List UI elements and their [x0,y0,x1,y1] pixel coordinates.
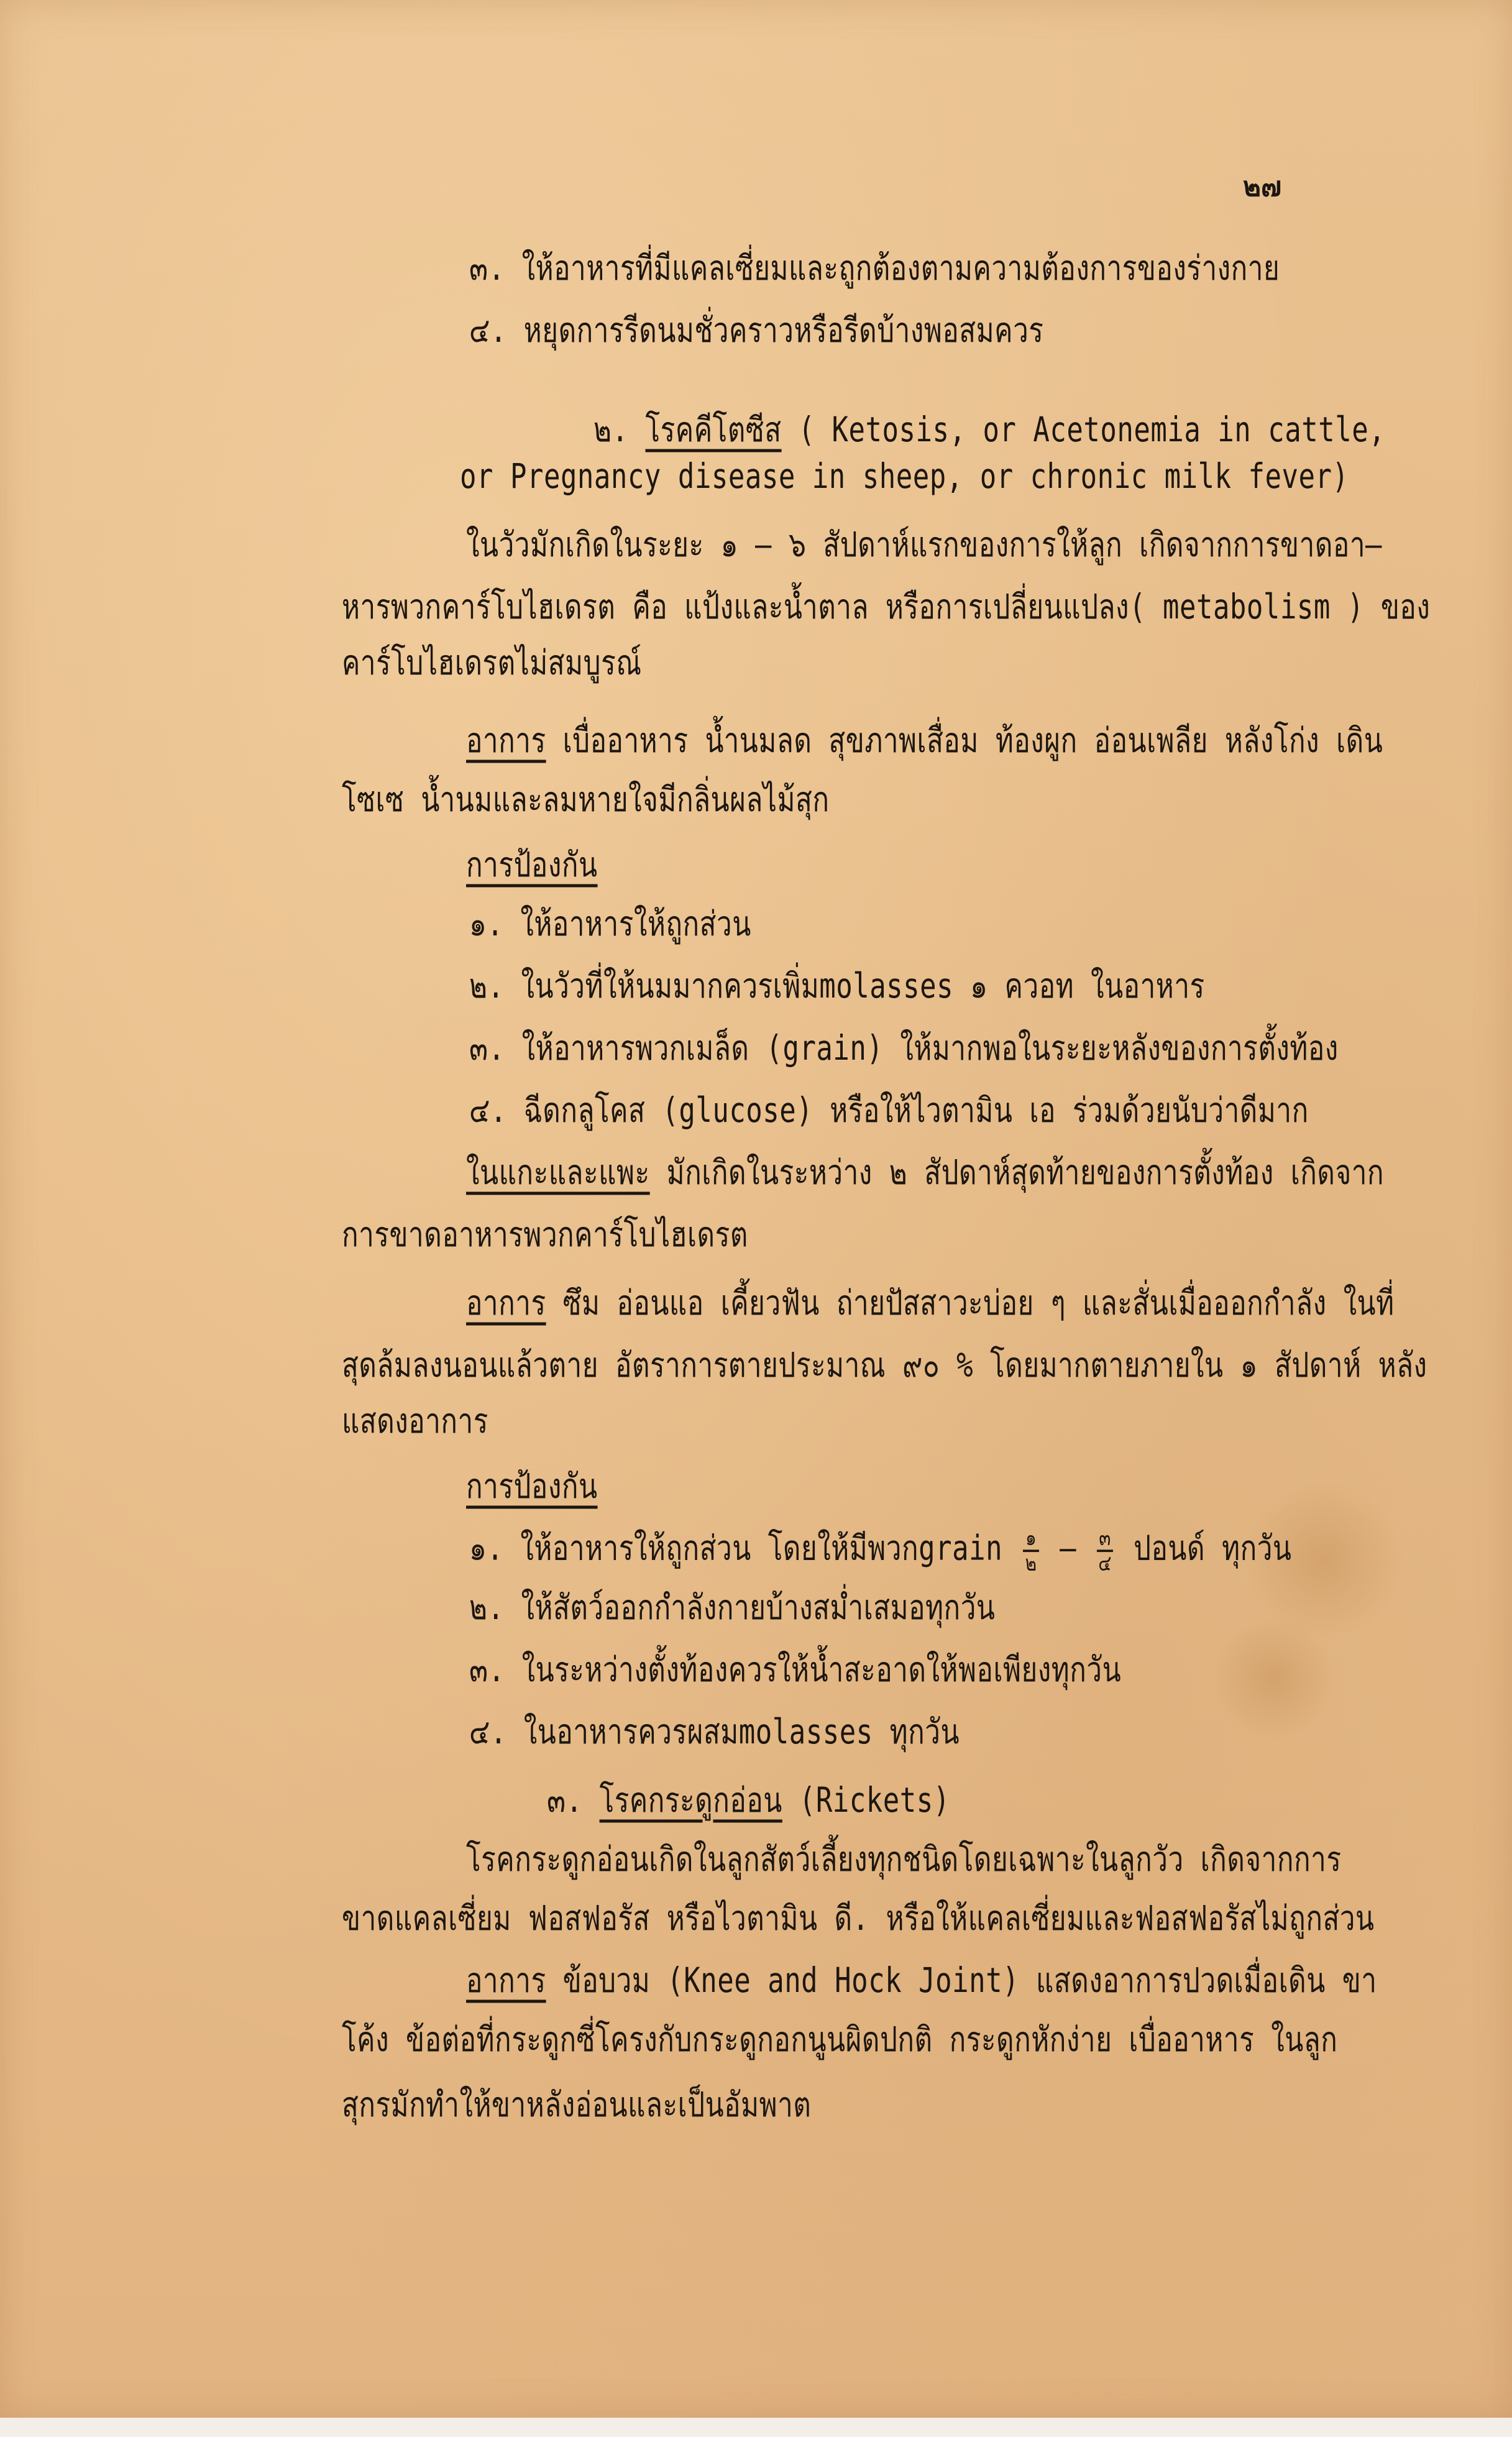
paragraph-line: หารพวกคาร์โบไฮเดรต คือ แป้งและน้ำตาล หรื… [342,584,1430,631]
list-number: ๔. [469,1712,507,1752]
fraction-denominator: ๔ [1098,1553,1112,1574]
symptoms-text: ข้อบวม (Knee and Hock Joint) แสดงอาการปว… [563,1961,1377,2001]
list-number: ๓. [469,1029,505,1068]
fraction-one-half: ๑ ๒ [1023,1528,1039,1574]
symptoms-line: อาการ เบื่ออาหาร น้ำนมลด สุขภาพเสื่อม ท้… [466,718,1383,764]
list-number: ๒. [469,966,505,1006]
paragraph-line: ในวัวมักเกิดในระยะ ๑ – ๖ สัปดาห์แรกของกา… [466,522,1382,569]
symptoms-line: อาการ ข้อบวม (Knee and Hock Joint) แสดงอ… [466,1958,1377,2004]
list-item: ๔. ในอาหารควรผสมmolasses ทุกวัน [469,1709,960,1756]
list-item: ๒. ให้สัตว์ออกกำลังกายบ้างสม่ำเสมอทุกวัน [469,1585,995,1632]
list-item: ๑. ให้อาหารให้ถูกส่วน [469,901,751,948]
list-item: ๓. ให้อาหารพวกเมล็ด (grain) ให้มากพอในระ… [469,1026,1339,1072]
section-heading: ๓. โรคกระดูกอ่อน (Rickets) [547,1778,950,1824]
section-title-continuation: or Pregnancy disease in sheep, or chroni… [460,454,1349,500]
section-title-english: (Rickets) [799,1781,950,1820]
range-dash: – [1060,1529,1076,1569]
list-text: ให้อาหารให้ถูกส่วน [520,904,751,944]
section-title-english: ( Ketosis, or Acetonemia in cattle, [799,410,1386,450]
paragraph-line: โค้ง ข้อต่อที่กระดูกซี่โครงกับกระดูกอกนู… [342,2017,1337,2063]
fraction-three-quarters: ๓ ๔ [1097,1528,1113,1574]
paragraph-line: ขาดแคลเซี่ยม ฟอสฟอรัส หรือไวตามิน ดี. หร… [342,1896,1375,1942]
paragraph-line: คาร์โบไฮเดรตไม่สมบูรณ์ [342,640,642,687]
list-text: ปอนด์ ทุกวัน [1134,1529,1291,1569]
paragraph-line: สุกรมักทำให้ขาหลังอ่อนและเป็นอัมพาต [342,2082,811,2129]
list-item: ๔. ฉีดกลูโคส (glucose) หรือให้ไวตามิน เอ… [469,1088,1309,1134]
list-text: ในระหว่างตั้งท้องควรให้น้ำสะอาดให้พอเพีย… [522,1650,1122,1690]
page-number: ๒๗ [1243,165,1281,208]
list-text: ฉีดกลูโคส (glucose) หรือให้ไวตามิน เอ ร่… [524,1091,1309,1131]
section-heading: ๒. โรคคีโตซีส ( Ketosis, or Acetonemia i… [593,407,1385,454]
list-text: ให้อาหารพวกเมล็ด (grain) ให้มากพอในระยะห… [522,1029,1339,1068]
list-item: ๒. ในวัวที่ให้นมมากควรเพิ่มmolasses ๑ คว… [469,963,1205,1010]
section-title: โรคคีโตซีส [646,410,782,450]
paragraph-line: การขาดอาหารพวกคาร์โบไฮเดรต [342,1212,748,1259]
paragraph-line: โรคกระดูกอ่อนเกิดในลูกสัตว์เลี้ยงทุกชนิด… [466,1837,1342,1883]
sheep-label: ในแกะและแพะ [466,1153,650,1193]
symptoms-label: อาการ [466,1283,546,1323]
list-number: ๓. [469,249,505,288]
paragraph-line: สุดล้มลงนอนแล้วตาย อัตราการตายประมาณ ๙๐ … [342,1342,1427,1389]
paper-stain [1212,1616,1336,1740]
symptoms-text: เบื่ออาหาร น้ำนมลด สุขภาพเสื่อม ท้องผูก … [563,721,1383,761]
list-item: ๔. หยุดการรีดนมชั่วคราวหรือรีดบ้างพอสมคว… [469,308,1043,354]
list-item: ๑. ให้อาหารให้ถูกส่วน โดยให้มีพวกgrain ๑… [469,1526,1292,1574]
prevention-heading: การป้องกัน [466,842,598,889]
list-text: หยุดการรีดนมชั่วคราวหรือรีดบ้างพอสมควร [524,311,1044,351]
fraction-numerator: ๑ [1025,1528,1037,1548]
list-text: ให้อาหารให้ถูกส่วน โดยให้มีพวกgrain [520,1529,1002,1569]
list-item: ๓. ในระหว่างตั้งท้องควรให้น้ำสะอาดให้พอเ… [469,1647,1121,1694]
symptoms-label: อาการ [466,721,546,761]
list-text: ให้สัตว์ออกกำลังกายบ้างสม่ำเสมอทุกวัน [521,1588,996,1628]
scan-margin [0,2418,1512,2437]
symptoms-label: อาการ [466,1961,546,2001]
symptoms-line: อาการ ซึม อ่อนแอ เคี้ยวฟัน ถ่ายปัสสาวะบ่… [466,1280,1395,1327]
paragraph-line: แสดงอาการ [342,1398,488,1445]
list-text: ในวัวที่ให้นมมากควรเพิ่มmolasses ๑ ควอท … [521,966,1205,1006]
list-text: ให้อาหารที่มีแคลเซี่ยมและถูกต้องตามความต… [522,249,1280,288]
sheep-paragraph: ในแกะและแพะ มักเกิดในระหว่าง ๒ สัปดาห์สุ… [466,1150,1384,1196]
section-number: ๓. [547,1781,583,1820]
list-number: ๓. [469,1650,505,1690]
section-title: โรคกระดูกอ่อน [600,1781,782,1820]
prevention-heading: การป้องกัน [466,1464,598,1510]
list-number: ๔. [469,311,507,351]
list-item: ๓. ให้อาหารที่มีแคลเซี่ยมและถูกต้องตามคว… [469,246,1280,292]
symptoms-text: ซึม อ่อนแอ เคี้ยวฟัน ถ่ายปัสสาวะบ่อย ๆ แ… [563,1283,1395,1323]
list-number: ๒. [469,1588,505,1628]
paragraph-line: โซเซ น้ำนมและลมหายใจมีกลิ่นผลไม้สุก [342,777,830,824]
list-text: ในอาหารควรผสมmolasses ทุกวัน [524,1712,960,1752]
section-number: ๒. [593,410,629,450]
list-number: ๑. [469,1529,503,1569]
sheep-text: มักเกิดในระหว่าง ๒ สัปดาห์สุดท้ายของการต… [667,1153,1384,1193]
fraction-numerator: ๓ [1099,1528,1111,1548]
list-number: ๑. [469,904,503,944]
fraction-denominator: ๒ [1025,1553,1037,1574]
list-number: ๔. [469,1091,507,1131]
